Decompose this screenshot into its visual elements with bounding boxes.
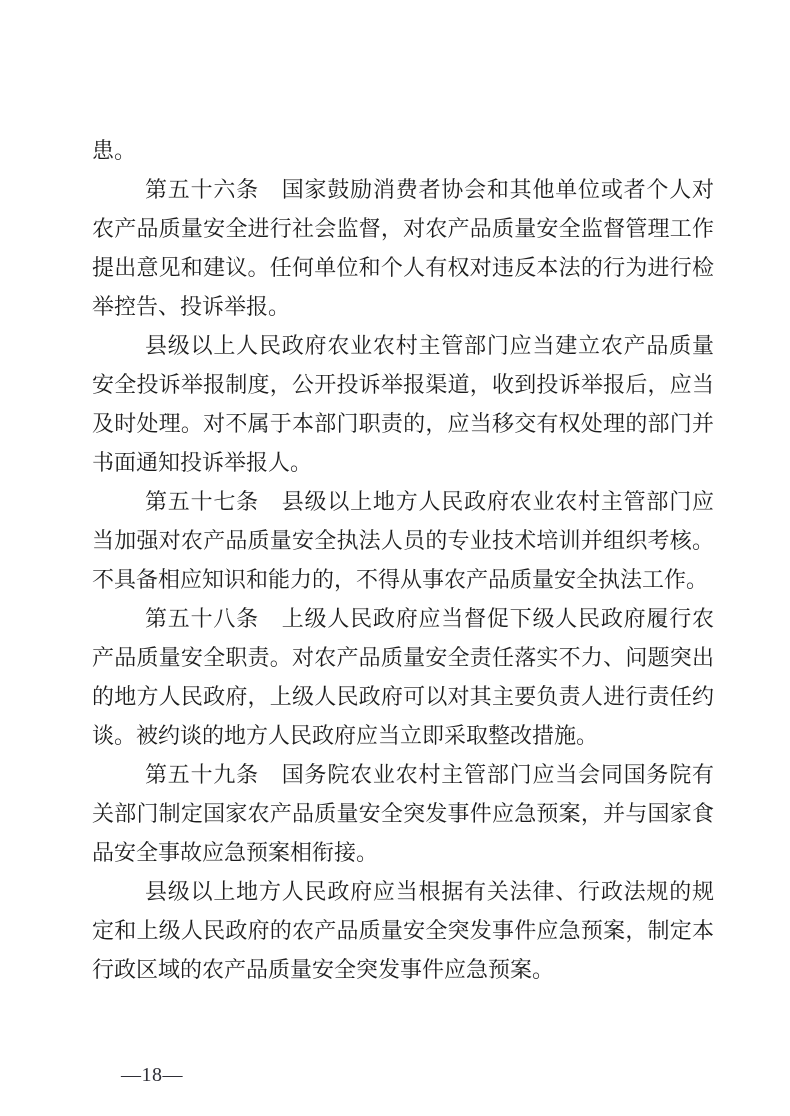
paragraph: 县级以上人民政府农业农村主管部门应当建立农产品质量安全投诉举报制度，公开投诉举报… [92, 326, 714, 482]
paragraph: 第五十九条 国务院农业农村主管部门应当会同国务院有关部门制定国家农产品质量安全突… [92, 755, 714, 872]
page-number: —18— [121, 1063, 183, 1087]
paragraph: 第五十八条 上级人民政府应当督促下级人民政府履行农产品质量安全职责。对农产品质量… [92, 599, 714, 755]
paragraph: 第五十七条 县级以上地方人民政府农业农村主管部门应当加强对农产品质量安全执法人员… [92, 482, 714, 599]
paragraph: 第五十六条 国家鼓励消费者协会和其他单位或者个人对农产品质量安全进行社会监督，对… [92, 170, 714, 326]
paragraph: 患。 [92, 131, 714, 170]
document-page: 患。第五十六条 国家鼓励消费者协会和其他单位或者个人对农产品质量安全进行社会监督… [0, 0, 790, 1116]
paragraph: 县级以上地方人民政府应当根据有关法律、行政法规的规定和上级人民政府的农产品质量安… [92, 872, 714, 989]
document-body: 患。第五十六条 国家鼓励消费者协会和其他单位或者个人对农产品质量安全进行社会监督… [92, 131, 714, 989]
